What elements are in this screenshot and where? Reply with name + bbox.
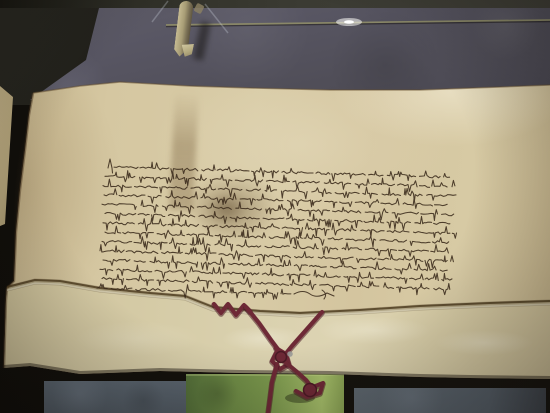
vignette-overlay: [0, 0, 550, 413]
museum-display-photo: [0, 0, 550, 413]
